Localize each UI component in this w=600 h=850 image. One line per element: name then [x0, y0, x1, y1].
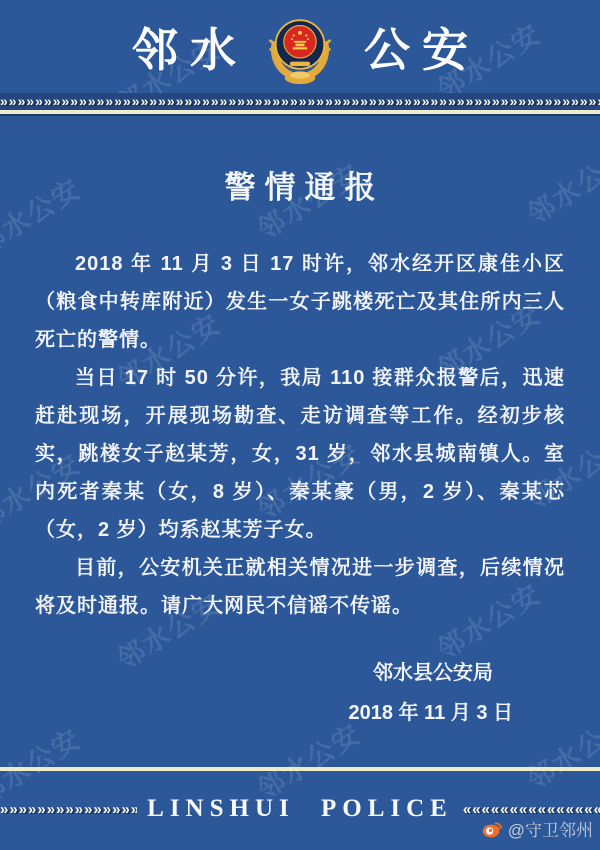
- footer-banner: »»»»»»»»»»»»»»»»»»»»»»»» LINSHUI POLICE …: [0, 771, 600, 844]
- chevron-run-left: »»»»»»»»»»»»»»»»»»»»»»»»: [0, 801, 137, 818]
- org-name-right: 公安: [352, 14, 480, 80]
- signature-organization: 邻水县公安局: [35, 653, 493, 693]
- signature-block: 邻水县公安局 2018 年 11 月 3 日: [35, 653, 565, 733]
- notice-paragraph-3: 目前，公安机关正就相关情况进一步调查，后续情况将及时通报。请广大网民不信谣不传谣…: [35, 549, 565, 625]
- chevron-run-right: ««««««««««««««««««««««««: [463, 801, 600, 818]
- notice-document: 警情通报 2018 年 11 月 3 日 17 时许，邻水经开区康佳小区（粮食中…: [0, 116, 600, 767]
- police-badge-icon: [264, 11, 336, 87]
- notice-paragraph-2: 当日 17 时 50 分许，我局 110 接群众报警后，迅速赶赴现场，开展现场勘…: [35, 359, 565, 549]
- police-notice-page: 邻水公安 邻水公安 邻水公安 邻水公安 邻水公安 邻水公安 邻水公安 邻水公安 …: [0, 0, 600, 850]
- weibo-handle: @守卫邻州: [508, 816, 593, 841]
- chevron-band-top: »»»»»»»»»»»»»»»»»»»»»»»»»»»»»»»»»»»»»»»»…: [0, 93, 600, 110]
- weibo-credit: @守卫邻州: [482, 816, 593, 841]
- weibo-icon: [482, 819, 504, 838]
- header-banner: 邻水 公安: [0, 0, 600, 93]
- signature-date: 2018 年 11 月 3 日: [35, 693, 513, 733]
- org-name-left: 邻水: [120, 14, 248, 80]
- notice-title: 警情通报: [35, 116, 565, 207]
- notice-body: 2018 年 11 月 3 日 17 时许，邻水经开区康佳小区（粮食中转库附近）…: [35, 245, 565, 625]
- police-english-label: LINSHUI POLICE: [147, 795, 453, 823]
- notice-paragraph-1: 2018 年 11 月 3 日 17 时许，邻水经开区康佳小区（粮食中转库附近）…: [35, 245, 565, 359]
